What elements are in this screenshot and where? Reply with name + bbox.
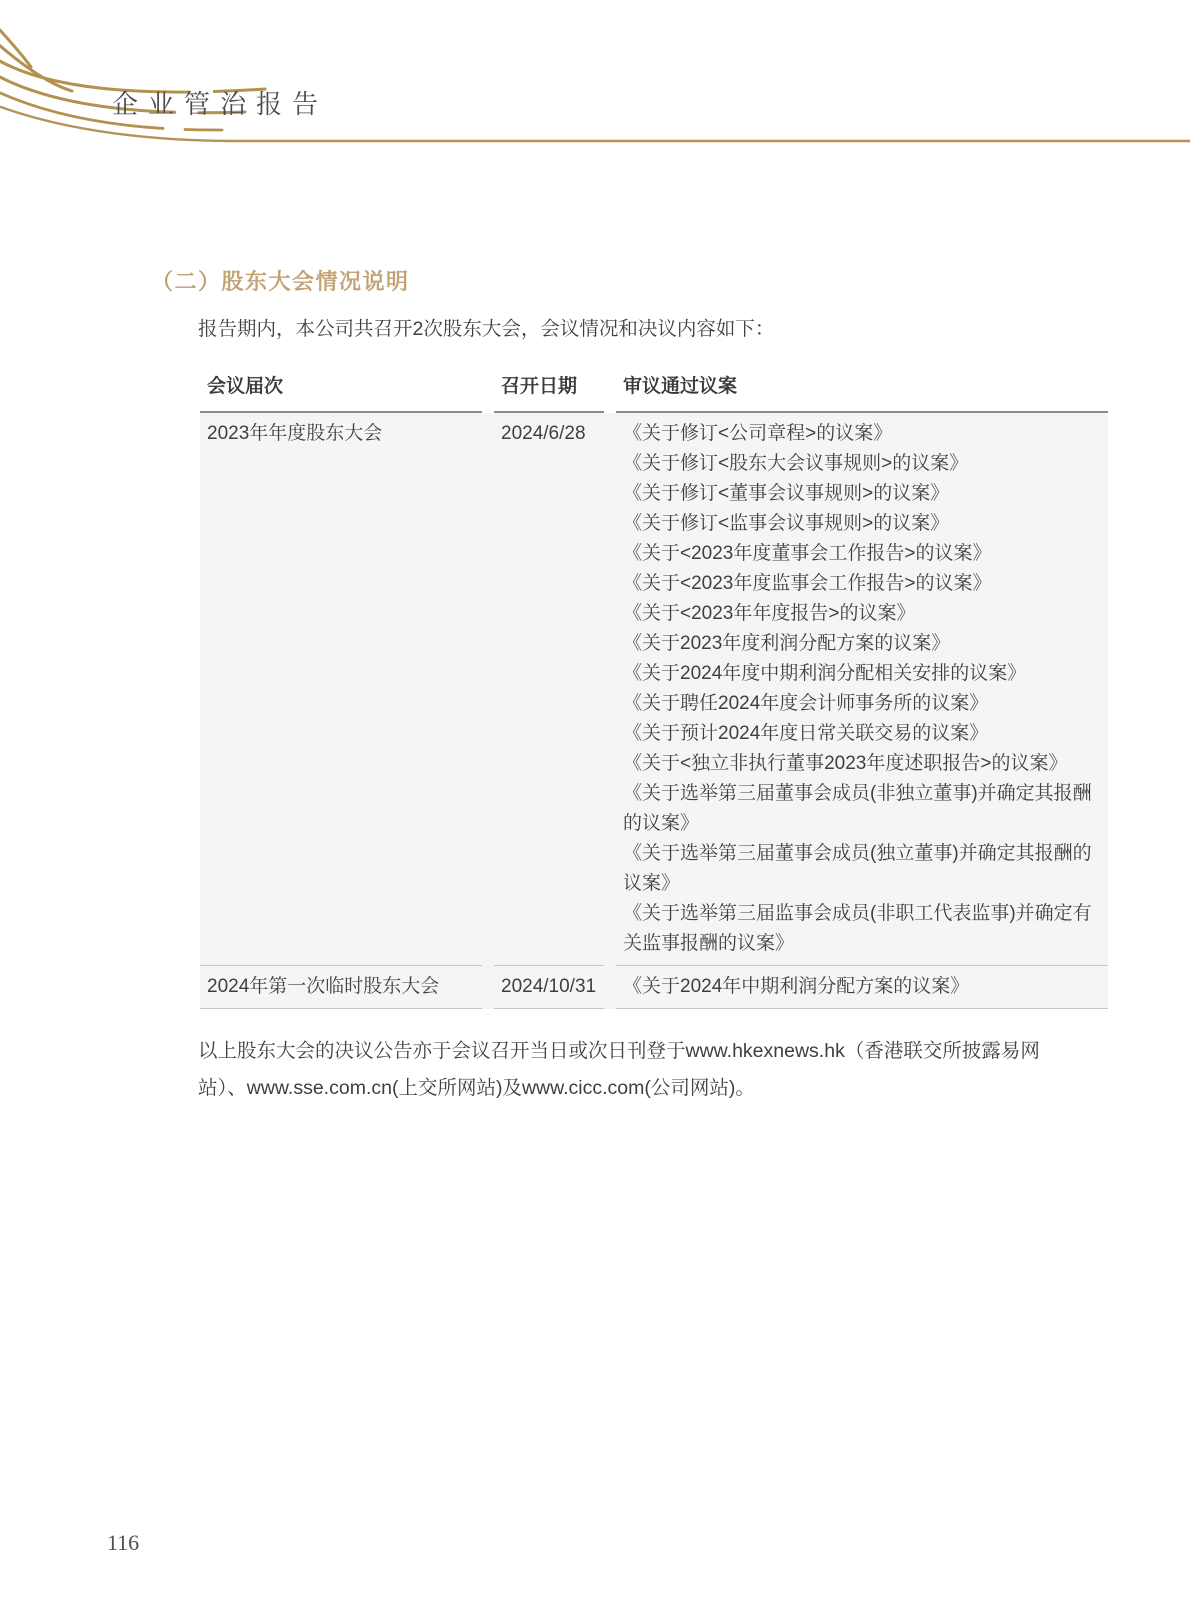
table-row: 2024年第一次临时股东大会 2024/10/31 《关于2024年中期利润分配… (200, 965, 1108, 1009)
proposal-item: 《关于<2023年年度报告>的议案》 (623, 599, 1108, 629)
proposal-item: 《关于修订<公司章程>的议案》 (623, 419, 1108, 449)
page-number: 116 (107, 1530, 139, 1556)
table-row: 2023年年度股东大会 2024/6/28 《关于修订<公司章程>的议案》《关于… (200, 413, 1108, 965)
meeting-name-cell: 2024年第一次临时股东大会 (200, 965, 482, 1009)
table-header-row: 会议届次 召开日期 审议通过议案 (200, 370, 1108, 413)
intro-paragraph: 报告期内，本公司共召开2次股东大会，会议情况和决议内容如下： (198, 315, 1118, 344)
report-page: 企业管治报告 （二）股东大会情况说明 报告期内，本公司共召开2次股东大会，会议情… (0, 0, 1190, 1615)
proposal-item: 《关于聘任2024年度会计师事务所的议案》 (623, 689, 1108, 719)
proposal-item: 《关于修订<股东大会议事规则>的议案》 (623, 449, 1108, 479)
proposal-item: 《关于2023年度利润分配方案的议案》 (623, 629, 1108, 659)
section-heading: （二）股东大会情况说明 (151, 265, 410, 296)
meeting-date-cell: 2024/10/31 (494, 965, 604, 1009)
disclosure-paragraph: 以上股东大会的决议公告亦于会议召开当日或次日刊登于www.hkexnews.hk… (198, 1033, 1074, 1107)
proposal-item: 《关于2024年中期利润分配方案的议案》 (623, 972, 1108, 1002)
shareholder-meetings-table: 会议届次 召开日期 审议通过议案 2023年年度股东大会 2024/6/28 《… (200, 370, 1108, 1009)
proposal-item: 《关于<2023年度监事会工作报告>的议案》 (623, 569, 1108, 599)
table-body: 2023年年度股东大会 2024/6/28 《关于修订<公司章程>的议案》《关于… (200, 413, 1108, 1009)
meeting-name-cell: 2023年年度股东大会 (200, 413, 482, 965)
column-header-date: 召开日期 (494, 370, 604, 413)
proposal-item: 《关于<2023年度董事会工作报告>的议案》 (623, 539, 1108, 569)
proposal-item: 《关于修订<董事会议事规则>的议案》 (623, 479, 1108, 509)
column-header-proposals: 审议通过议案 (616, 370, 1108, 413)
proposal-item: 《关于选举第三届监事会成员(非职工代表监事)并确定有关监事报酬的议案》 (623, 899, 1108, 959)
meeting-date-cell: 2024/6/28 (494, 413, 604, 965)
proposal-item: 《关于修订<监事会议事规则>的议案》 (623, 509, 1108, 539)
proposal-item: 《关于选举第三届董事会成员(非独立董事)并确定其报酬的议案》 (623, 779, 1108, 839)
proposal-item: 《关于预计2024年度日常关联交易的议案》 (623, 719, 1108, 749)
proposal-item: 《关于选举第三届董事会成员(独立董事)并确定其报酬的议案》 (623, 839, 1108, 899)
proposals-cell: 《关于修订<公司章程>的议案》《关于修订<股东大会议事规则>的议案》《关于修订<… (616, 413, 1108, 965)
document-header-title: 企业管治报告 (112, 84, 328, 121)
proposal-item: 《关于<独立非执行董事2023年度述职报告>的议案》 (623, 749, 1108, 779)
proposal-item: 《关于2024年度中期利润分配相关安排的议案》 (623, 659, 1108, 689)
proposals-cell: 《关于2024年中期利润分配方案的议案》 (616, 965, 1108, 1009)
column-header-meeting: 会议届次 (200, 370, 482, 413)
